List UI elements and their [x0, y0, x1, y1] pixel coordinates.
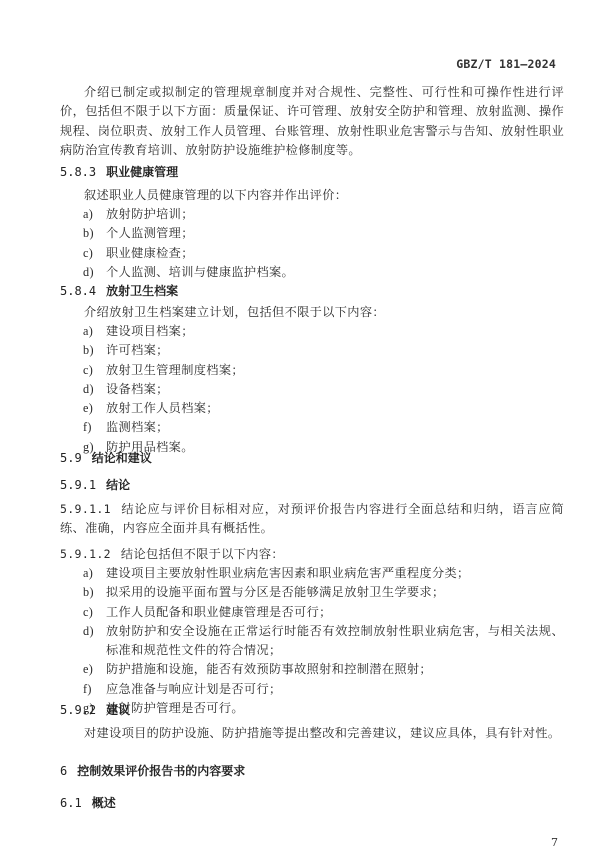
section-title: 概述	[92, 796, 116, 810]
section-5-8-3-lead: 叙述职业人员健康管理的以下内容并作出评价：	[60, 186, 564, 205]
list-item: c)工作人员配备和职业健康管理是否可行；	[83, 603, 564, 622]
list-item: d)放射防护和安全设施在正常运行时能否有效控制放射性职业病危害，与相关法规、标准…	[83, 622, 564, 661]
section-number: 6.1	[60, 796, 82, 810]
list-item: c)职业健康检查；	[83, 244, 564, 263]
section-number: 5.9.1.2	[60, 547, 111, 561]
list-item: g)放射防护管理是否可行。	[83, 699, 564, 718]
section-5-9-1-2-list: a)建设项目主要放射性职业病危害因素和职业病危害严重程度分类； b)拟采用的设施…	[83, 564, 564, 718]
section-5-9-1-2-paragraph: 5.9.1.2结论包括但不限于以下内容：	[60, 545, 564, 564]
section-number: 5.9.1.1	[60, 502, 111, 516]
list-item: b)拟采用的设施平面布置与分区是否能够满足放射卫生学要求；	[83, 583, 564, 602]
section-number: 5.8.3	[60, 165, 96, 179]
list-item: a)建设项目档案；	[83, 322, 564, 341]
list-item: e)防护措施和设施，能否有效预防事故照射和控制潜在照射；	[83, 660, 564, 679]
section-5-9-1-heading: 5.9.1结论	[60, 476, 130, 493]
section-5-8-4-heading: 5.8.4放射卫生档案	[60, 282, 178, 299]
list-item: d)个人监测、培训与健康监护档案。	[83, 263, 564, 282]
page-number: 7	[551, 836, 558, 849]
section-title: 建议	[106, 703, 130, 717]
section-title: 放射卫生档案	[106, 284, 178, 298]
section-number: 6	[60, 764, 67, 778]
section-5-9-2-heading: 5.9.2建议	[60, 701, 130, 718]
section-6-1-heading: 6.1概述	[60, 794, 116, 811]
chapter-6-heading: 6控制效果评价报告书的内容要求	[60, 762, 245, 779]
section-number: 5.8.4	[60, 284, 96, 298]
section-number: 5.9	[60, 451, 82, 465]
list-item: a)放射防护培训；	[83, 205, 564, 224]
list-item: f)应急准备与响应计划是否可行；	[83, 680, 564, 699]
list-item: d)设备档案；	[83, 380, 564, 399]
section-title: 控制效果评价报告书的内容要求	[77, 764, 245, 778]
section-number: 5.9.1	[60, 478, 96, 492]
section-title: 职业健康管理	[106, 165, 178, 179]
list-item: b)许可档案；	[83, 341, 564, 360]
list-item: a)建设项目主要放射性职业病危害因素和职业病危害严重程度分类；	[83, 564, 564, 583]
section-title: 结论和建议	[92, 451, 152, 465]
section-5-9-2-paragraph: 对建设项目的防护设施、防护措施等提出整改和完善建议，建议应具体，具有针对性。	[60, 724, 564, 743]
section-5-8-4-list: a)建设项目档案； b)许可档案； c)放射卫生管理制度档案； d)设备档案； …	[83, 322, 564, 457]
list-item: e)放射工作人员档案；	[83, 399, 564, 418]
section-5-9-1-1-paragraph: 5.9.1.1结论应与评价目标相对应，对预评价报告内容进行全面总结和归纳，语言应…	[60, 500, 564, 539]
section-5-8-3-list: a)放射防护培训； b)个人监测管理； c)职业健康检查； d)个人监测、培训与…	[83, 205, 564, 282]
list-item: c)放射卫生管理制度档案；	[83, 361, 564, 380]
section-5-9-heading: 5.9结论和建议	[60, 449, 152, 466]
section-title: 结论	[106, 478, 130, 492]
list-item: f)监测档案；	[83, 418, 564, 437]
section-number: 5.9.2	[60, 703, 96, 717]
management-rules-paragraph: 介绍已制定或拟制定的管理规章制度并对合规性、完整性、可行性和可操作性进行评价，包…	[60, 83, 564, 160]
list-item: g)防护用品档案。	[83, 438, 564, 457]
document-id-header: GBZ/T 181—2024	[456, 57, 556, 71]
section-5-8-4-lead: 介绍放射卫生档案建立计划，包括但不限于以下内容：	[60, 303, 564, 322]
section-5-8-3-heading: 5.8.3职业健康管理	[60, 163, 178, 180]
list-item: b)个人监测管理；	[83, 224, 564, 243]
